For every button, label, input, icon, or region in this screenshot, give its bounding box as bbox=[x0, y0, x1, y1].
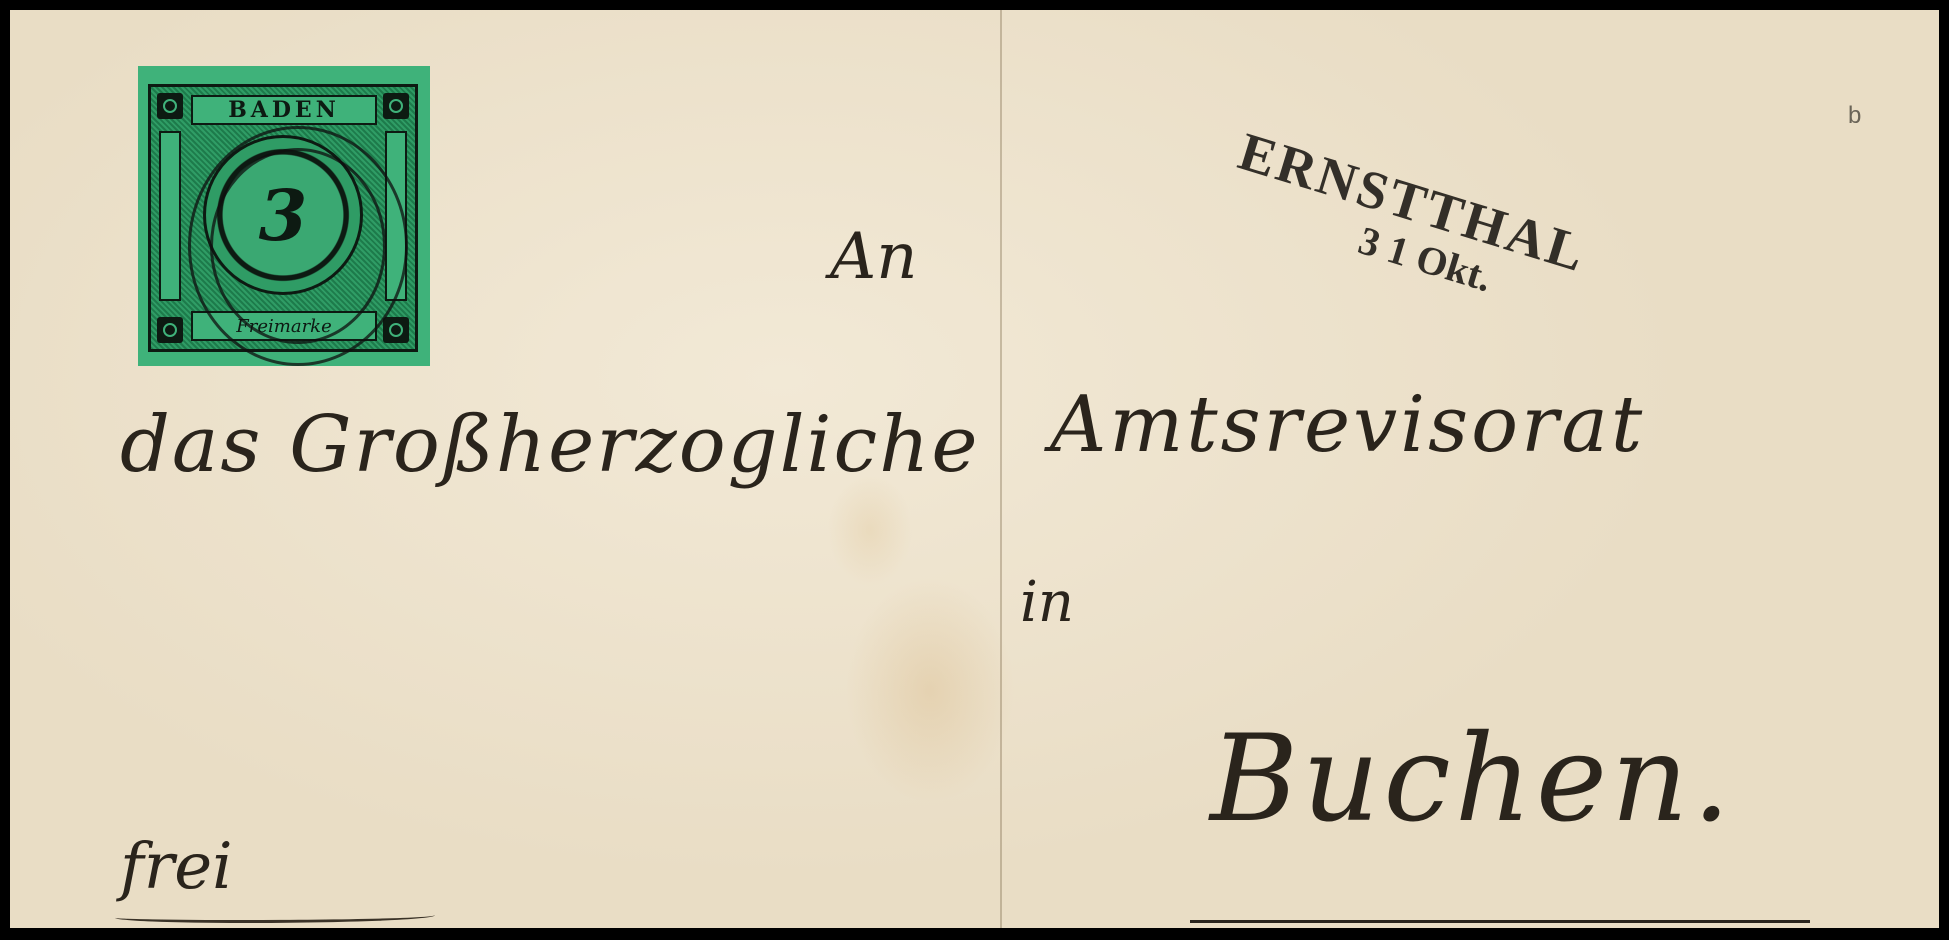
address-preposition: in bbox=[1020, 570, 1074, 635]
letter-cover: BADEN 3 Freimarke ERNSTTHAL 3 1 Okt. b A… bbox=[10, 10, 1939, 928]
address-line1-part2: Amtsrevisorat bbox=[1050, 380, 1645, 470]
stamp-country-label: BADEN bbox=[191, 95, 377, 125]
corner-ornament-icon bbox=[157, 317, 183, 343]
cancellation-ring-inner bbox=[210, 148, 386, 344]
address-destination: Buchen. bbox=[1210, 710, 1734, 849]
corner-ornament-icon bbox=[383, 317, 409, 343]
address-salutation: An bbox=[830, 220, 917, 294]
franking-swash bbox=[115, 910, 435, 923]
destination-underline bbox=[1190, 920, 1810, 923]
corner-ornament-icon bbox=[383, 93, 409, 119]
franking-note: frei bbox=[120, 830, 233, 904]
postage-stamp: BADEN 3 Freimarke bbox=[138, 66, 430, 366]
pencil-mark: b bbox=[1848, 102, 1861, 130]
postmark: ERNSTTHAL 3 1 Okt. bbox=[1232, 120, 1595, 285]
fold-line bbox=[1000, 10, 1002, 928]
corner-ornament-icon bbox=[157, 93, 183, 119]
address-line1-part1: das Großherzogliche bbox=[120, 400, 980, 490]
stamp-side-left bbox=[159, 131, 181, 301]
